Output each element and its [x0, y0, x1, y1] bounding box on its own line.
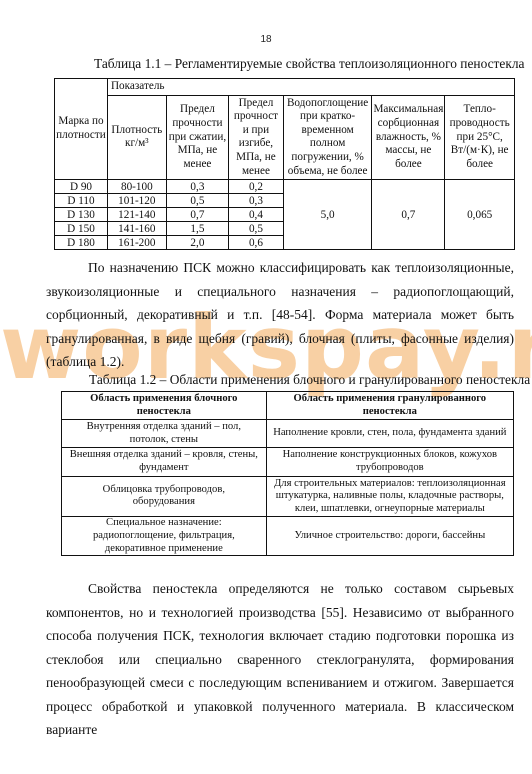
cell-bending: 0,4: [229, 208, 284, 222]
header-bending-strength: Предел прочност и при изгибе, МПа, не ме…: [229, 95, 284, 180]
cell-grade: D 180: [55, 236, 108, 250]
cell-compressive: 0,5: [166, 194, 228, 208]
header-compressive-strength: Предел прочности при сжатии, МПа, не мен…: [166, 95, 228, 180]
cell-bending: 0,3: [229, 194, 284, 208]
paragraph-classification: По назначению ПСК можно классифицировать…: [46, 256, 514, 374]
cell-bending: 0,5: [229, 222, 284, 236]
table-row: Облицовка трубопроводов, оборудования Дл…: [62, 476, 514, 517]
table2-applications: Область применения блочного пеностекла О…: [61, 391, 514, 556]
table1-caption: Таблица 1.1 – Регламентируемые свойства …: [94, 56, 524, 72]
header-indicator-group: Показатель: [107, 79, 514, 96]
cell-block: Облицовка трубопроводов, оборудования: [62, 476, 267, 517]
header-sorption-humidity: Максимальная сорбционная влажность, % ма…: [372, 95, 445, 180]
table2-caption: Таблица 1.2 – Области применения блочног…: [89, 372, 530, 388]
cell-compressive: 2,0: [166, 236, 228, 250]
page-number: 18: [0, 34, 532, 45]
table-row: Внутренняя отделка зданий – пол, потолок…: [62, 420, 514, 448]
cell-bending: 0,2: [229, 180, 284, 194]
cell-bending: 0,6: [229, 236, 284, 250]
cell-grade: D 90: [55, 180, 108, 194]
cell-density: 141-160: [107, 222, 166, 236]
header-thermal-conductivity: Тепло-проводность при 25°С, Вт/(м·К), не…: [445, 95, 515, 180]
table1-properties: Марка по плотности Показатель Плотность …: [54, 78, 515, 250]
header-water-absorption: Водопоглощение при кратко-временном полн…: [283, 95, 372, 180]
cell-grade: D 130: [55, 208, 108, 222]
table-row: D 90 80-100 0,3 0,2 5,0 0,7 0,065: [55, 180, 515, 194]
cell-density: 80-100: [107, 180, 166, 194]
cell-granular: Для строительных материалов: теплоизоляц…: [266, 476, 513, 517]
cell-sorption-humidity: 0,7: [372, 180, 445, 250]
cell-grade: D 150: [55, 222, 108, 236]
cell-granular: Уличное строительство: дороги, бассейны: [266, 517, 513, 556]
paragraph-properties: Свойства пеностекла определяются не толь…: [46, 577, 514, 742]
cell-water-absorption: 5,0: [283, 180, 372, 250]
cell-grade: D 110: [55, 194, 108, 208]
header-block-application: Область применения блочного пеностекла: [62, 392, 267, 420]
cell-granular: Наполнение конструкционных блоков, кожух…: [266, 448, 513, 476]
cell-granular: Наполнение кровли, стен, пола, фундамент…: [266, 420, 513, 448]
cell-block: Внешняя отделка зданий – кровля, стены, …: [62, 448, 267, 476]
paragraph-text: Свойства пеностекла определяются не толь…: [46, 581, 514, 737]
cell-compressive: 0,7: [166, 208, 228, 222]
header-grade: Марка по плотности: [55, 79, 108, 180]
header-density: Плотность кг/м³: [107, 95, 166, 180]
cell-density: 161-200: [107, 236, 166, 250]
cell-block: Внутренняя отделка зданий – пол, потолок…: [62, 420, 267, 448]
table-row: Специальное назначение: радиопоглощение,…: [62, 517, 514, 556]
cell-compressive: 0,3: [166, 180, 228, 194]
cell-density: 101-120: [107, 194, 166, 208]
header-granular-application: Область применения гранулированного пено…: [266, 392, 513, 420]
table-row: Внешняя отделка зданий – кровля, стены, …: [62, 448, 514, 476]
paragraph-text: По назначению ПСК можно классифицировать…: [46, 260, 514, 369]
cell-block: Специальное назначение: радиопоглощение,…: [62, 517, 267, 556]
cell-thermal-conductivity: 0,065: [445, 180, 515, 250]
cell-density: 121-140: [107, 208, 166, 222]
cell-compressive: 1,5: [166, 222, 228, 236]
